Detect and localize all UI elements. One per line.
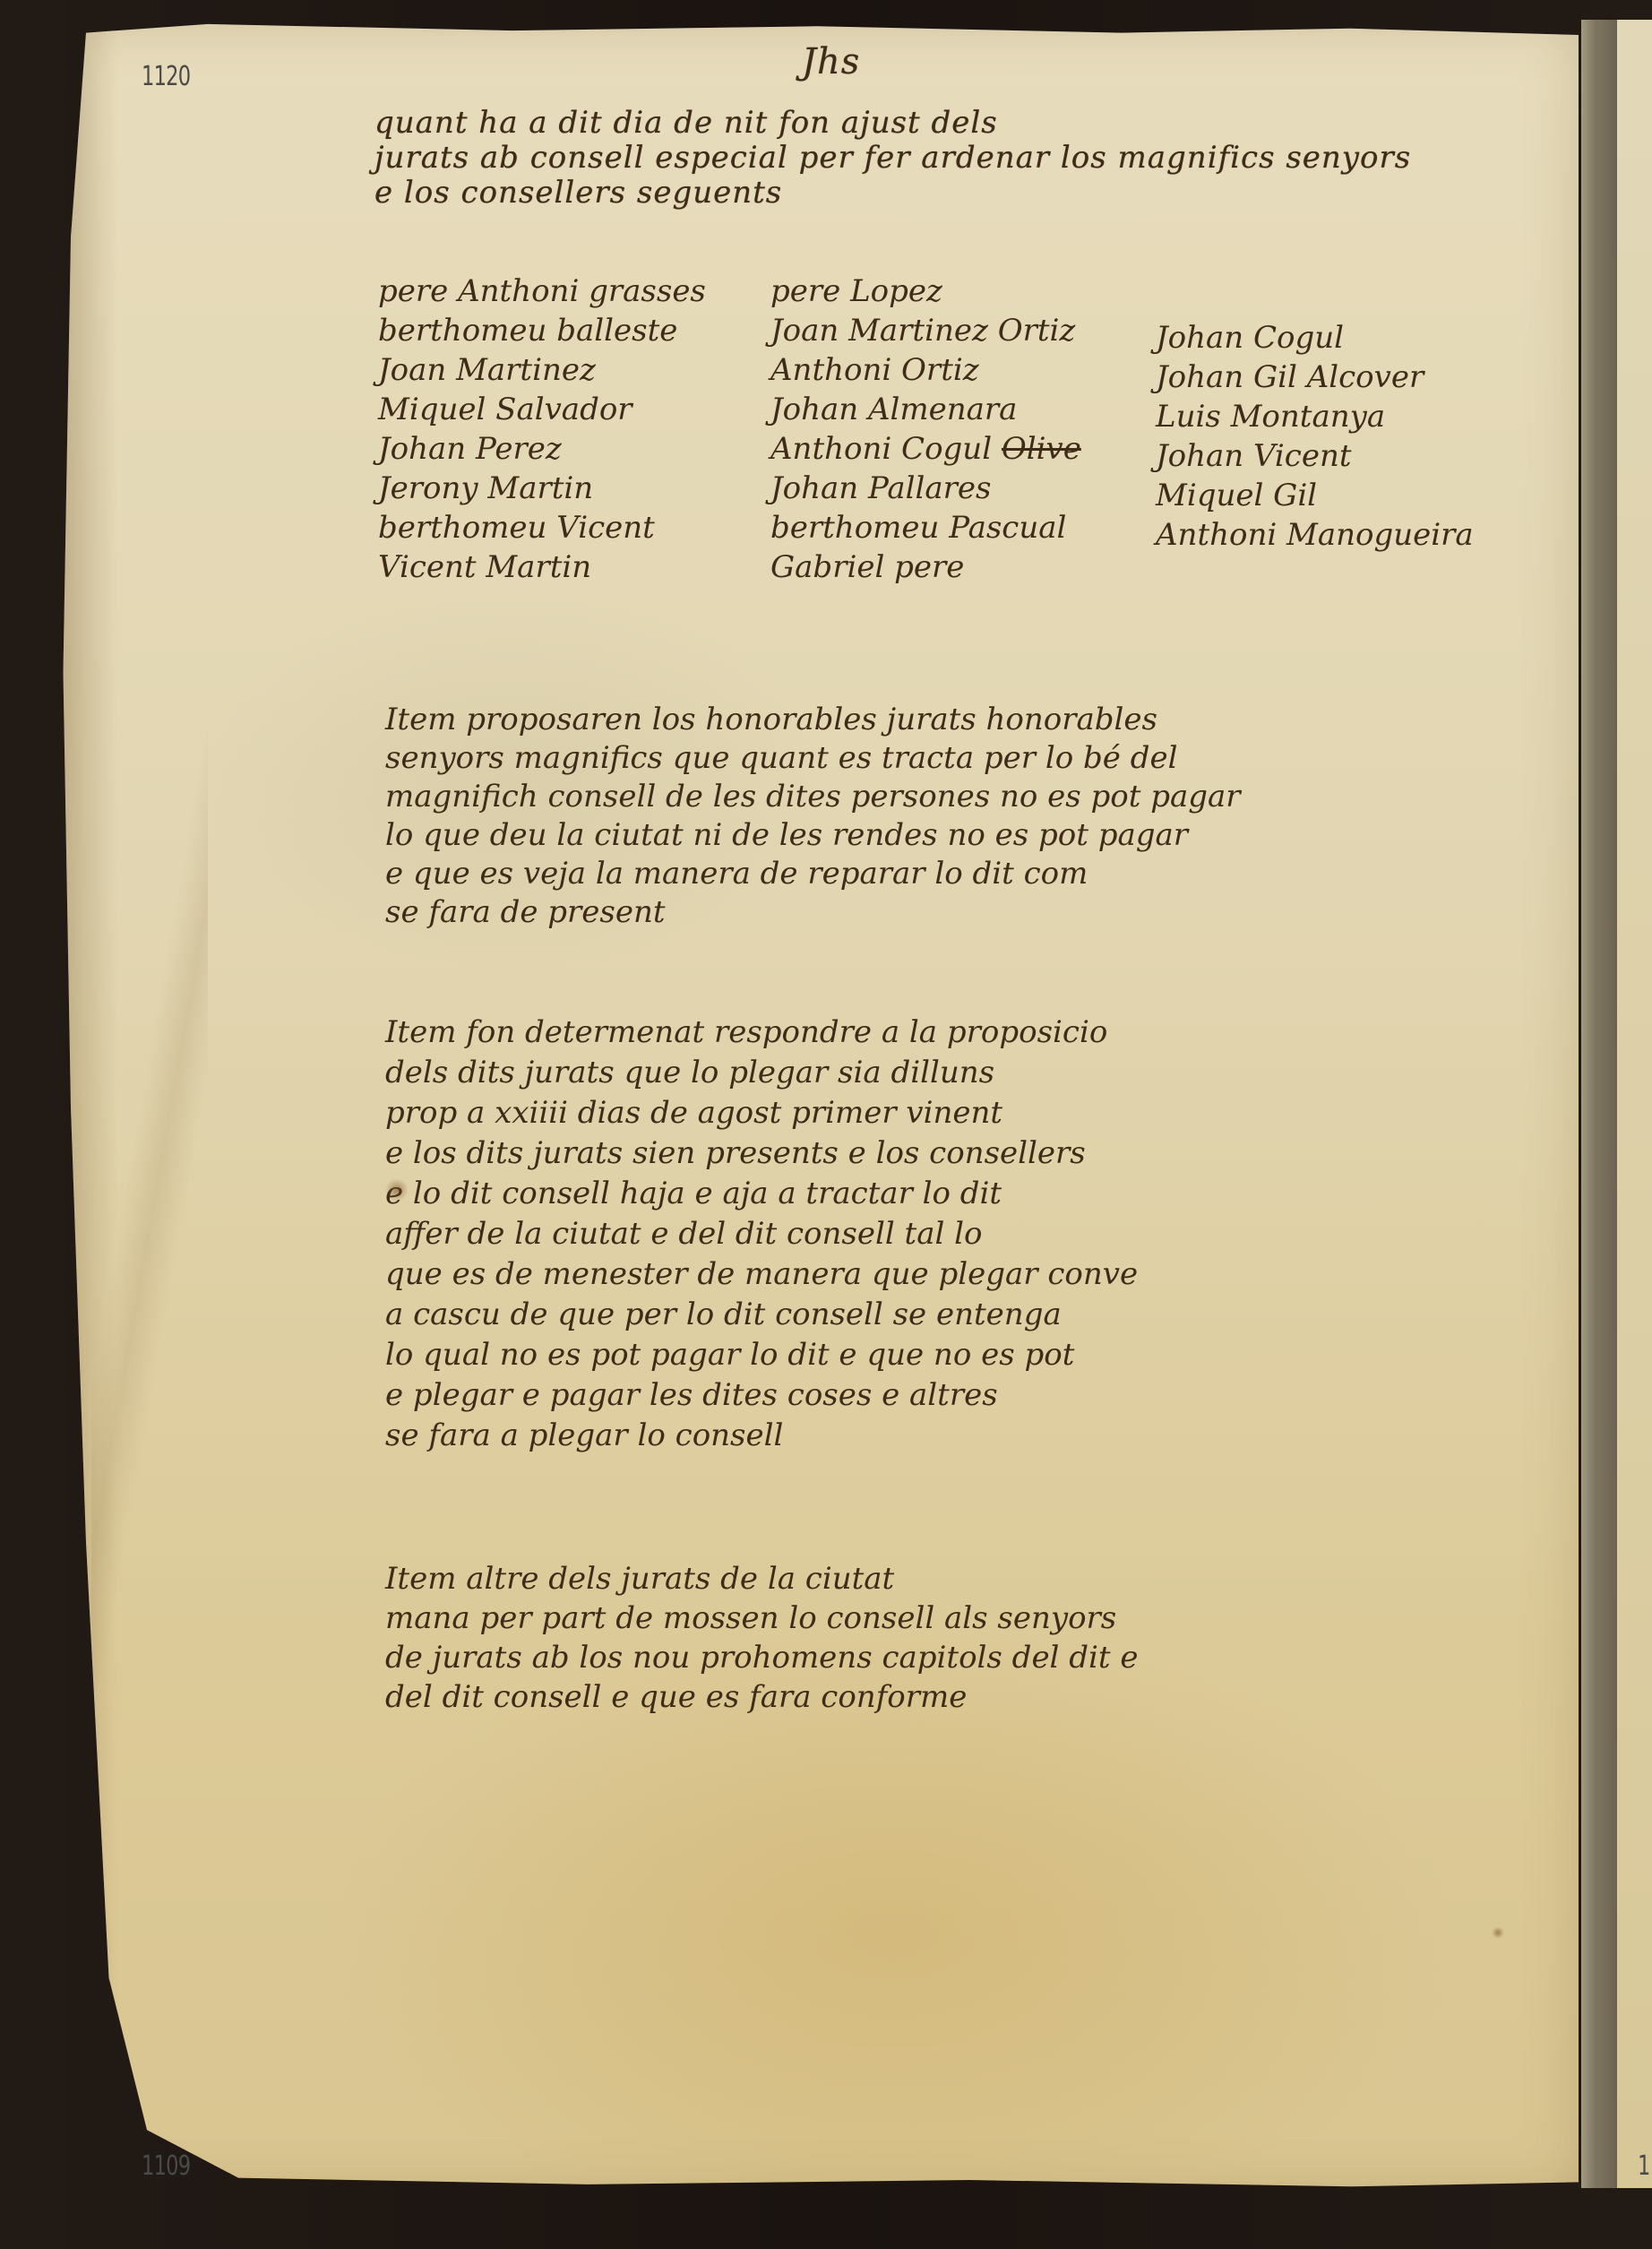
text-line: se fara de present	[385, 893, 1241, 932]
paragraph-determination: Item fon determenat respondre a la propo…	[385, 1012, 1138, 1456]
ink-blot	[385, 1178, 409, 1202]
text-line: lo qual no es pot pagar lo dit e que no …	[385, 1335, 1138, 1375]
text-line: e que es veja la manera de reparar lo di…	[385, 855, 1241, 893]
text-line: lo que deu la ciutat ni de les rendes no…	[385, 816, 1241, 855]
text-line: affer de la ciutat e del dit consell tal…	[385, 1214, 1138, 1254]
name-entry: Miquel Gil	[1156, 476, 1474, 515]
name-entry: Johan Vicent	[1156, 436, 1474, 476]
name-entry: berthomeu Vicent	[378, 508, 706, 547]
paragraph-proposal: Item proposaren los honorables jurats ho…	[385, 701, 1241, 932]
folio-number-top: 1120	[142, 61, 190, 92]
name-entry: Joan Martinez Ortiz	[770, 311, 1081, 350]
name-entry: Johan Pallares	[770, 469, 1081, 508]
name-entry: Johan Perez	[378, 429, 706, 469]
name-entry: Anthoni Ortiz	[770, 350, 1081, 390]
text-line: e plegar e pagar les dites coses e altre…	[385, 1375, 1138, 1416]
name-entry: Joan Martinez	[378, 350, 706, 390]
name-entry: pere Anthoni grasses	[378, 271, 706, 311]
next-page-edge	[1617, 20, 1652, 2188]
names-column-1: pere Anthoni grasses berthomeu balleste …	[378, 271, 706, 587]
names-column-3: Johan Cogul Johan Gil Alcover Luis Monta…	[1156, 318, 1474, 555]
name-entry: Johan Cogul	[1156, 318, 1474, 358]
text-line: de jurats ab los nou prohomens capitols …	[385, 1638, 1138, 1677]
name-entry: Gabriel pere	[770, 547, 1081, 587]
text-line: Item fon determenat respondre a la propo…	[385, 1012, 1138, 1053]
name-entry: Luis Montanya	[1156, 397, 1474, 436]
paper-crease	[91, 647, 208, 1812]
names-column-2: pere Lopez Joan Martinez Ortiz Anthoni O…	[770, 271, 1081, 587]
text-line: senyors magnifics que quant es tracta pe…	[385, 739, 1241, 778]
name-entry: Anthoni Manogueira	[1156, 515, 1474, 555]
name-entry: Miquel Salvador	[378, 390, 706, 429]
text-line: se fara a plegar lo consell	[385, 1416, 1138, 1456]
intro-line: jurats ab consell especial per fer arden…	[374, 141, 1411, 176]
name-entry-with-deletion: Anthoni Cogul Olive	[770, 429, 1081, 469]
name-entry: berthomeu Pascual	[770, 508, 1081, 547]
paragraph-closing: Item altre dels jurats de la ciutat mana…	[385, 1559, 1138, 1717]
name-text: Anthoni Cogul	[770, 431, 992, 467]
name-entry: pere Lopez	[770, 271, 1081, 311]
binding-gutter	[1581, 20, 1617, 2188]
name-entry: Vicent Martin	[378, 547, 706, 587]
text-line: mana per part de mossen lo consell als s…	[385, 1598, 1138, 1638]
text-line: prop a xxiiii dias de agost primer vinen…	[385, 1093, 1138, 1133]
name-entry: Jerony Martin	[378, 469, 706, 508]
text-line: e lo dit consell haja e aja a tractar lo…	[385, 1174, 1138, 1214]
text-line: que es de menester de manera que plegar …	[385, 1254, 1138, 1295]
text-line: Item altre dels jurats de la ciutat	[385, 1559, 1138, 1598]
text-line: magnifich consell de les dites persones …	[385, 778, 1241, 816]
text-line: Item proposaren los honorables jurats ho…	[385, 701, 1241, 739]
intro-line: e los consellers seguents	[374, 176, 1411, 211]
name-entry: Johan Gil Alcover	[1156, 358, 1474, 397]
ink-spot	[1492, 1926, 1504, 1939]
intro-paragraph: quant ha a dit dia de nit fon ajust dels…	[374, 106, 1411, 211]
text-line: a cascu de que per lo dit consell se ent…	[385, 1295, 1138, 1335]
struck-word: Olive	[1002, 431, 1081, 467]
name-entry: berthomeu balleste	[378, 311, 706, 350]
folio-number-next-page: 1	[1638, 2150, 1650, 2182]
name-entry: Johan Almenara	[770, 390, 1081, 429]
folio-number-bottom: 1109	[142, 2150, 190, 2182]
text-line: del dit consell e que es fara conforme	[385, 1677, 1138, 1717]
text-line: e los dits jurats sien presents e los co…	[385, 1133, 1138, 1174]
intro-line: quant ha a dit dia de nit fon ajust dels	[374, 106, 1411, 141]
text-line: dels dits jurats que lo plegar sia dillu…	[385, 1053, 1138, 1093]
invocation-heading: Jhs	[802, 45, 860, 80]
